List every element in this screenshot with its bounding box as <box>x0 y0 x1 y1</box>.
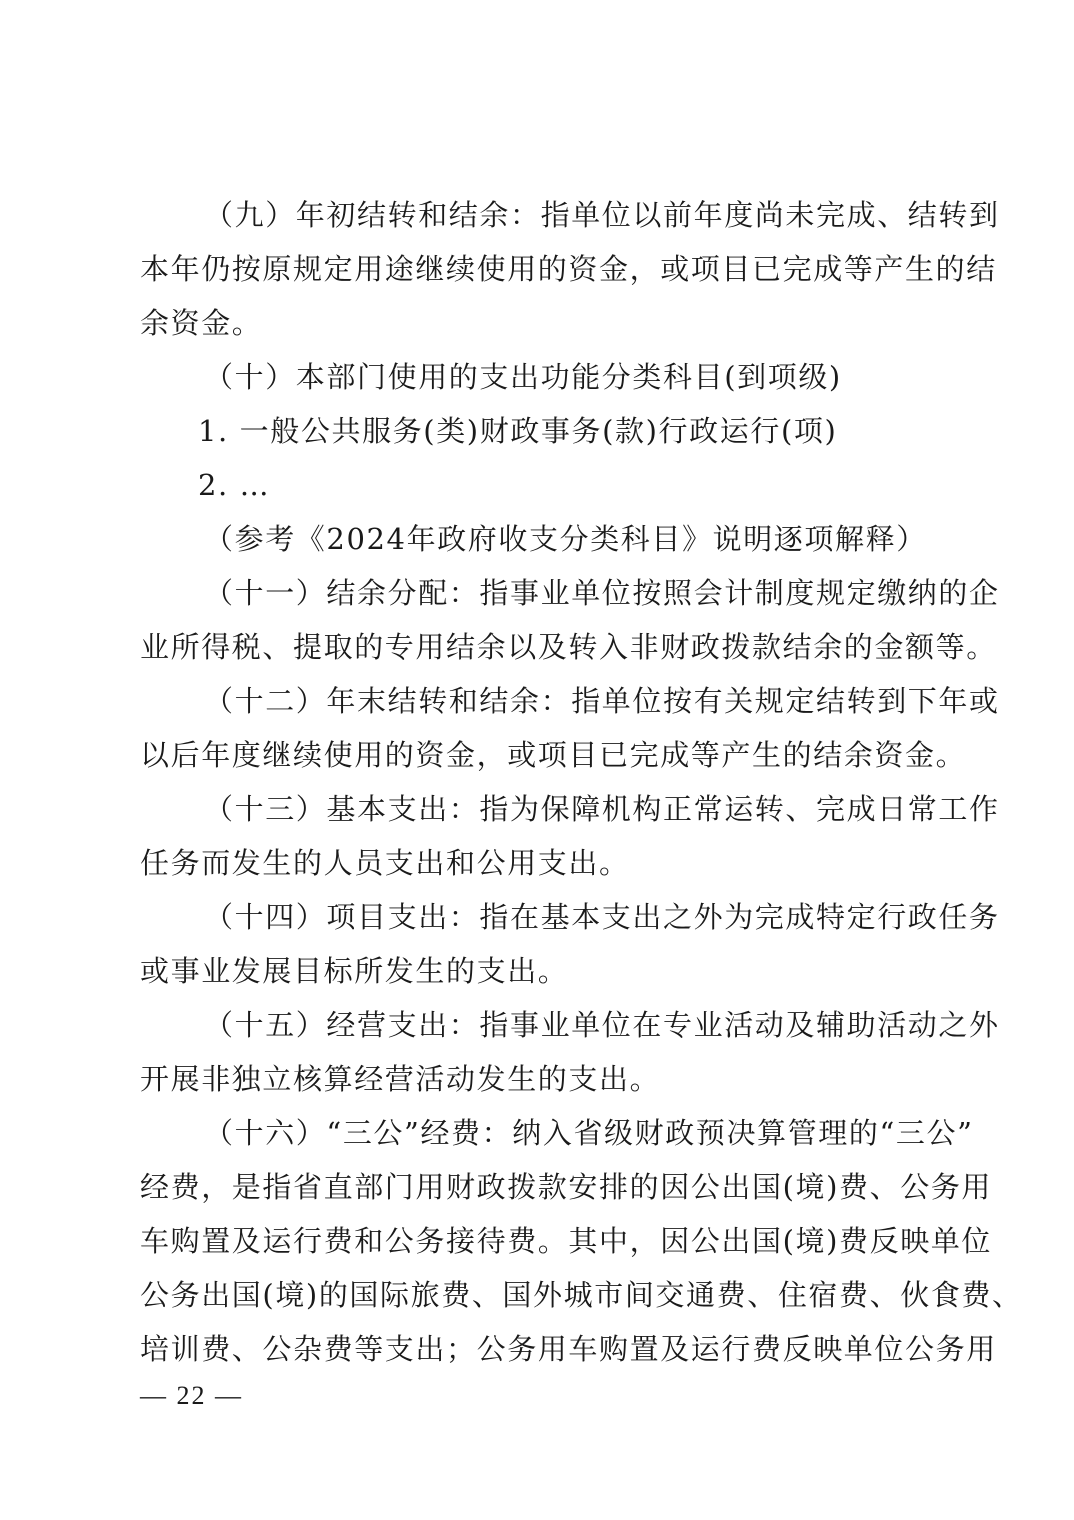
paragraph-14-line-2: 或事业发展目标所发生的支出。 <box>140 944 568 998</box>
list-item-2: 2. … <box>198 458 270 512</box>
paragraph-10-heading: （十）本部门使用的支出功能分类科目(到项级) <box>204 350 842 404</box>
paragraph-16-line-4: 公务出国(境)的国际旅费、国外城市间交通费、住宿费、伙食费、 <box>140 1268 1023 1322</box>
paragraph-16-line-5: 培训费、公杂费等支出；公务用车购置及运行费反映单位公务用 <box>140 1322 997 1376</box>
paragraph-15-line-1: （十五）经营支出：指事业单位在专业活动及辅助活动之外 <box>204 998 1000 1052</box>
paragraph-9-line-1: （九）年初结转和结余：指单位以前年度尚未完成、结转到 <box>204 188 1000 242</box>
paragraph-16-line-3: 车购置及运行费和公务接待费。其中，因公出国(境)费反映单位 <box>140 1214 992 1268</box>
paragraph-9-line-2: 本年仍按原规定用途继续使用的资金，或项目已完成等产生的结 <box>140 242 997 296</box>
paragraph-16-line-1: （十六）“三公”经费：纳入省级财政预决算管理的“三公” <box>204 1106 974 1160</box>
paragraph-16-line-2: 经费，是指省直部门用财政拨款安排的因公出国(境)费、公务用 <box>140 1160 992 1214</box>
paragraph-12-line-2: 以后年度继续使用的资金，或项目已完成等产生的结余资金。 <box>140 728 966 782</box>
paragraph-13-line-1: （十三）基本支出：指为保障机构正常运转、完成日常工作 <box>204 782 1000 836</box>
paragraph-11-line-2: 业所得税、提取的专用结余以及转入非财政拨款结余的金额等。 <box>140 620 997 674</box>
list-item-1: 1. 一般公共服务(类)财政事务(款)行政运行(项) <box>198 404 837 458</box>
reference-note: （参考《2024年政府收支分类科目》说明逐项解释） <box>204 512 927 566</box>
paragraph-11-line-1: （十一）结余分配：指事业单位按照会计制度规定缴纳的企 <box>204 566 1000 620</box>
page-number: — 22 — <box>140 1376 243 1416</box>
paragraph-13-line-2: 任务而发生的人员支出和公用支出。 <box>140 836 630 890</box>
paragraph-9-line-3: 余资金。 <box>140 296 262 350</box>
paragraph-12-line-1: （十二）年末结转和结余：指单位按有关规定结转到下年或 <box>204 674 1000 728</box>
paragraph-15-line-2: 开展非独立核算经营活动发生的支出。 <box>140 1052 660 1106</box>
paragraph-14-line-1: （十四）项目支出：指在基本支出之外为完成特定行政任务 <box>204 890 1000 944</box>
